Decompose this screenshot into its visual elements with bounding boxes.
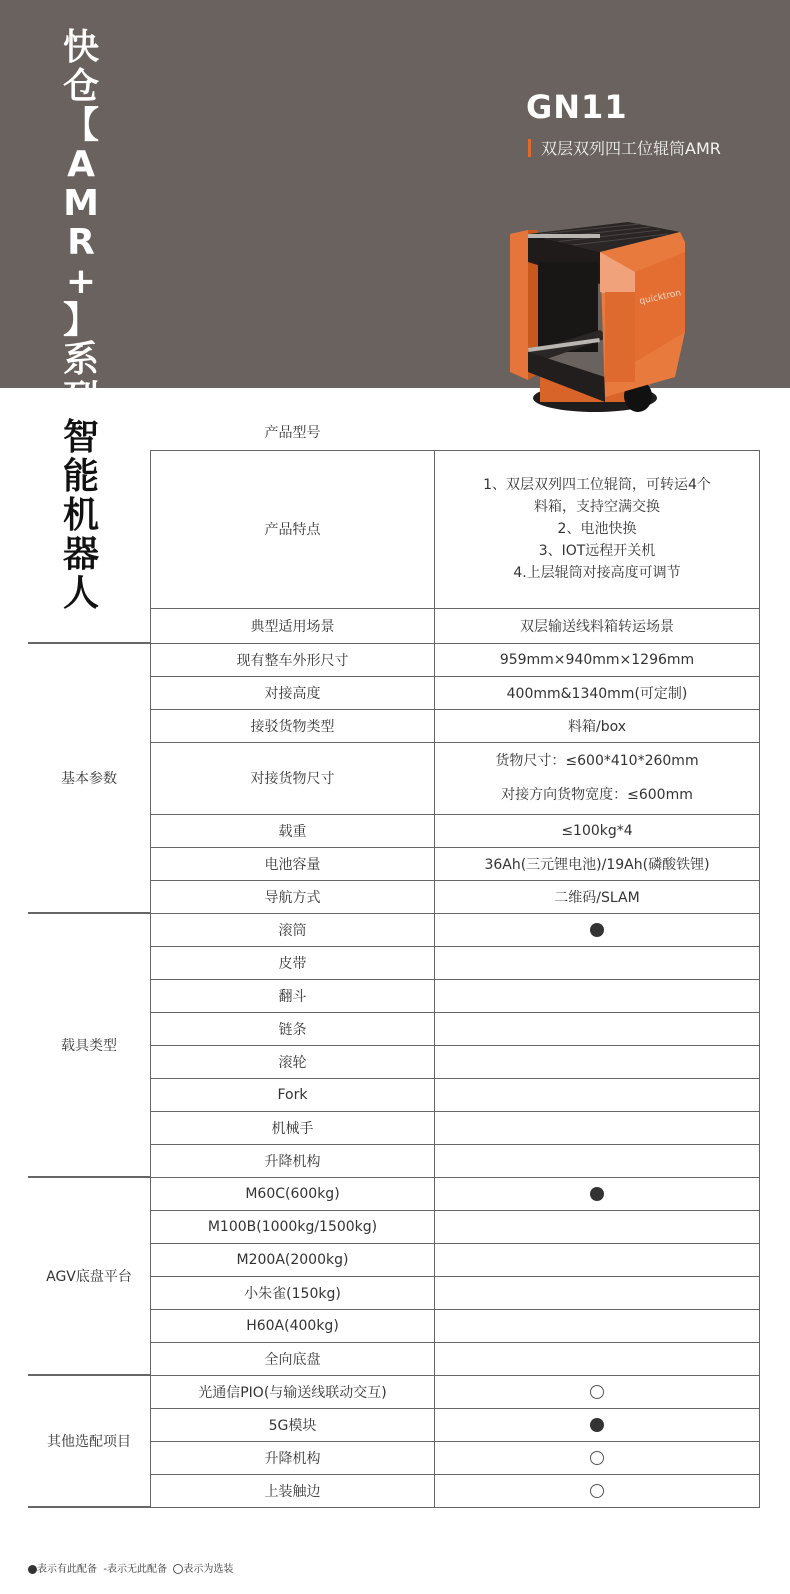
feature-line: 3、IOT远程开关机 xyxy=(435,540,759,562)
group-agv-chassis: AGV底盘平台 xyxy=(28,1177,151,1375)
row-label: 翻斗 xyxy=(151,979,435,1012)
filled-dot-icon xyxy=(590,923,604,937)
title-char: 】 xyxy=(63,301,99,340)
row-label: M60C(600kg) xyxy=(151,1177,435,1210)
row-label: 载重 xyxy=(151,814,435,847)
row-value: 货物尺寸：≤600*410*260mm 对接方向货物宽度：≤600mm xyxy=(435,742,760,814)
title-char: M xyxy=(63,184,99,223)
row-value: 36Ah(三元锂电池)/19Ah(磷酸铁锂) xyxy=(435,847,760,880)
title-char: 列 xyxy=(63,379,99,418)
title-char: + xyxy=(66,262,96,301)
row-label: 全向底盘 xyxy=(151,1342,435,1375)
optional-circle-icon xyxy=(590,1484,604,1498)
legend-optional: 表示为选装 xyxy=(183,1564,233,1575)
row-mark xyxy=(435,1045,760,1078)
row-label: M200A(2000kg) xyxy=(151,1243,435,1276)
row-label: 现有整车外形尺寸 xyxy=(151,643,435,676)
row-value: 料箱/box xyxy=(435,709,760,742)
model-name: GN11 xyxy=(526,88,628,126)
row-mark xyxy=(435,1375,760,1408)
optional-circle-icon xyxy=(173,1564,183,1574)
row-mark xyxy=(435,1408,760,1441)
feature-line: 2、电池快换 xyxy=(435,518,759,540)
subtitle-text: 双层双列四工位辊筒AMR xyxy=(541,136,721,159)
row-label: 滚筒 xyxy=(151,913,435,946)
scenario-label: 典型适用场景 xyxy=(151,608,435,643)
row-value: 400mm&1340mm(可定制) xyxy=(435,676,760,709)
row-label: 光通信PIO(与输送线联动交互) xyxy=(151,1375,435,1408)
title-char: 快 xyxy=(63,28,99,67)
legend: 表示有此配备 -表示无此配备 表示为选装 xyxy=(28,1560,233,1575)
row-mark xyxy=(435,1012,760,1045)
row-label: 机械手 xyxy=(151,1111,435,1144)
row-mark xyxy=(435,1276,760,1309)
features-value: 1、双层双列四工位辊筒，可转运4个 料箱，支持空满交换 2、电池快换 3、IOT… xyxy=(435,450,760,608)
spec-table: 产品型号 产品特点 1、双层双列四工位辊筒，可转运4个 料箱，支持空满交换 2、… xyxy=(28,415,760,1508)
row-label: 上装触边 xyxy=(151,1474,435,1507)
feature-line: 4.上层辊筒对接高度可调节 xyxy=(435,562,759,584)
row-label: 5G模块 xyxy=(151,1408,435,1441)
row-label: M100B(1000kg/1500kg) xyxy=(151,1210,435,1243)
row-label: 皮带 xyxy=(151,946,435,979)
optional-circle-icon xyxy=(590,1451,604,1465)
row-value: 959mm×940mm×1296mm xyxy=(435,643,760,676)
row-mark xyxy=(435,979,760,1012)
row-label: 升降机构 xyxy=(151,1441,435,1474)
row-label: H60A(400kg) xyxy=(151,1309,435,1342)
title-char: 【 xyxy=(63,106,99,145)
row-label: 对接货物尺寸 xyxy=(151,742,435,814)
row-label: 滚轮 xyxy=(151,1045,435,1078)
value-line: 货物尺寸：≤600*410*260mm xyxy=(435,744,759,778)
row-label: 升降机构 xyxy=(151,1144,435,1177)
value-line: 对接方向货物宽度：≤600mm xyxy=(435,778,759,812)
group-other-options: 其他选配项目 xyxy=(28,1375,151,1507)
optional-circle-icon xyxy=(590,1385,604,1399)
row-mark xyxy=(435,1243,760,1276)
row-mark xyxy=(435,1144,760,1177)
legend-dash: -表示无此配备 xyxy=(103,1564,167,1575)
title-char: R xyxy=(67,223,95,262)
row-mark xyxy=(435,1111,760,1144)
accent-bar xyxy=(528,139,531,157)
row-value: 二维码/SLAM xyxy=(435,880,760,913)
row-label: 链条 xyxy=(151,1012,435,1045)
row-value: ≤100kg*4 xyxy=(435,814,760,847)
robot-image: quicktron xyxy=(510,212,700,417)
title-char: A xyxy=(67,145,95,184)
row-mark xyxy=(435,1342,760,1375)
filled-dot-icon xyxy=(28,1565,37,1574)
row-label: 小朱雀(150kg) xyxy=(151,1276,435,1309)
row-mark xyxy=(435,913,760,946)
title-char: 系 xyxy=(63,340,99,379)
filled-dot-icon xyxy=(590,1418,604,1432)
feature-line: 料箱，支持空满交换 xyxy=(435,496,759,518)
row-mark xyxy=(435,1474,760,1507)
row-label: 接驳货物类型 xyxy=(151,709,435,742)
row-mark xyxy=(435,1177,760,1210)
scenario-value: 双层输送线料箱转运场景 xyxy=(435,608,760,643)
row-label: 电池容量 xyxy=(151,847,435,880)
model-subtitle: 双层双列四工位辊筒AMR xyxy=(528,136,721,159)
features-label: 产品特点 xyxy=(151,450,435,608)
filled-dot-icon xyxy=(590,1187,604,1201)
feature-line: 1、双层双列四工位辊筒，可转运4个 xyxy=(435,474,759,496)
legend-filled: 表示有此配备 xyxy=(37,1564,97,1575)
row-mark xyxy=(435,1309,760,1342)
row-mark xyxy=(435,946,760,979)
row-mark xyxy=(435,1441,760,1474)
row-mark xyxy=(435,1078,760,1111)
model-value xyxy=(435,415,760,450)
group-basic-params: 基本参数 xyxy=(28,643,151,913)
model-label: 产品型号 xyxy=(151,415,435,450)
group-carrier-type: 载具类型 xyxy=(28,913,151,1177)
title-char: 仓 xyxy=(63,67,99,106)
row-label: Fork xyxy=(151,1078,435,1111)
row-mark xyxy=(435,1210,760,1243)
row-label: 对接高度 xyxy=(151,676,435,709)
row-label: 导航方式 xyxy=(151,880,435,913)
